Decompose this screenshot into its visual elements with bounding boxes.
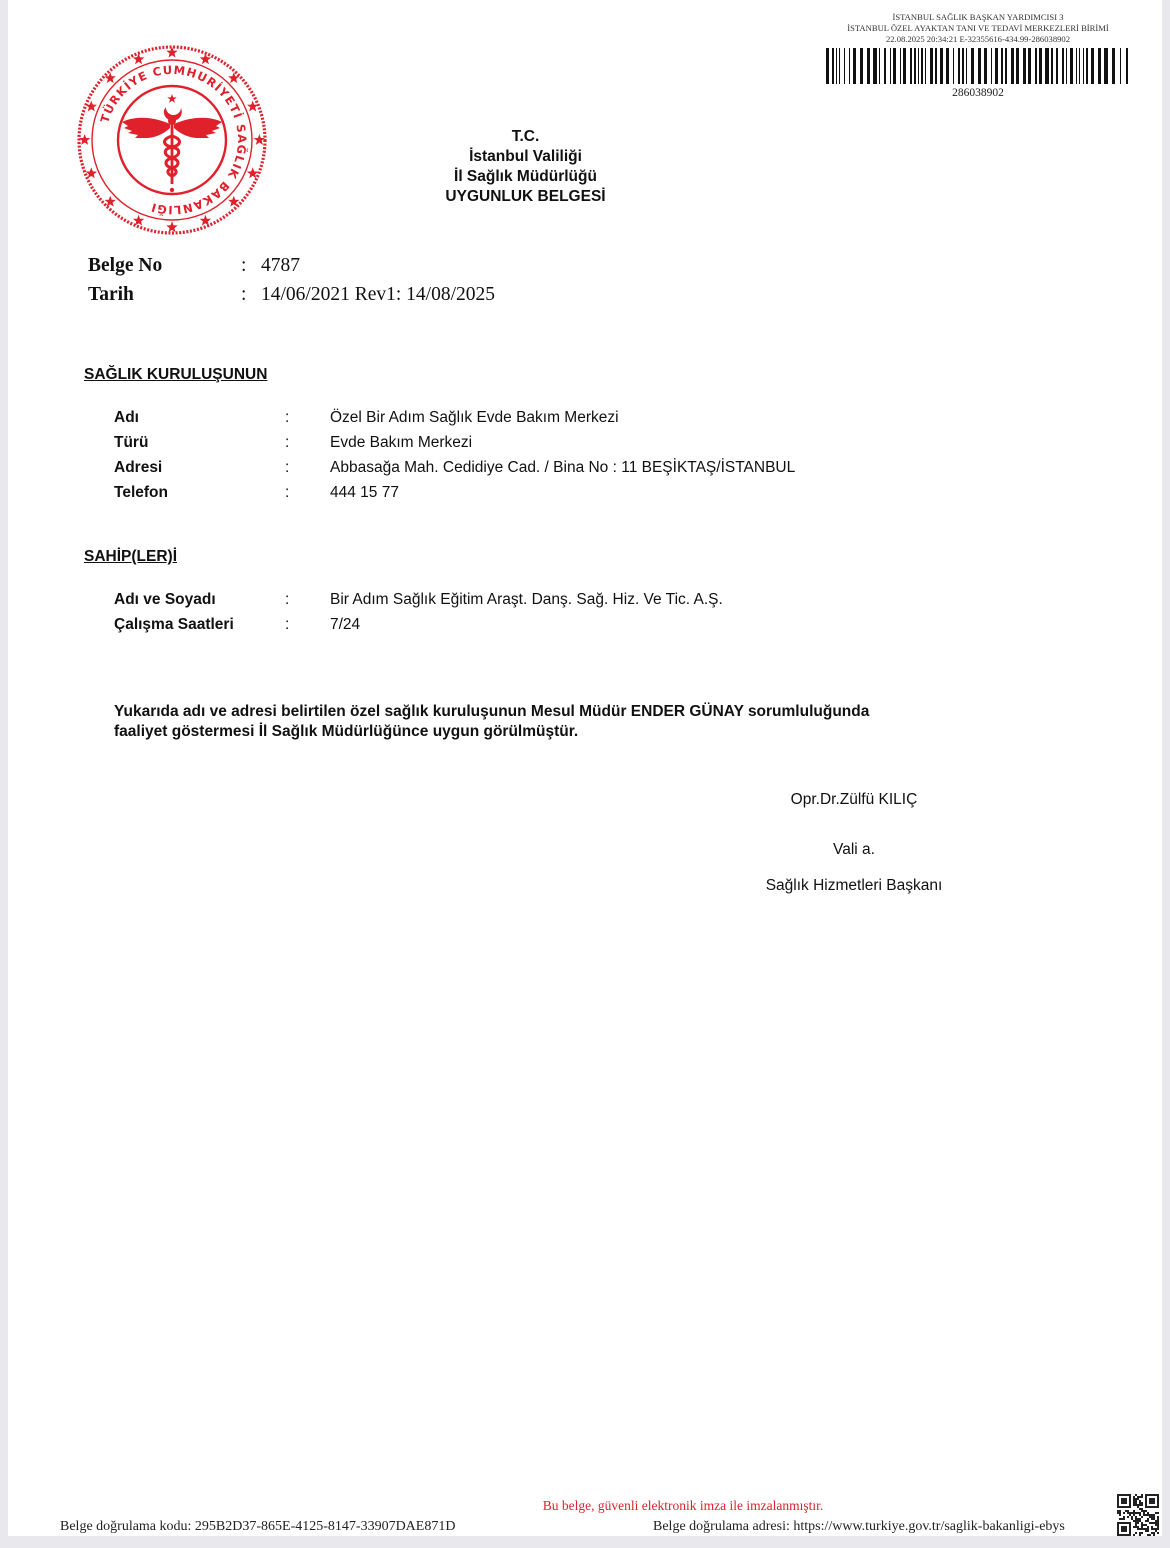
institution-details: Adı:Özel Bir Adım Sağlık Evde Bakım Merk…	[114, 409, 1014, 509]
verification-code-value: 295B2D37-865E-4125-8147-33907DAE871D	[195, 1519, 456, 1534]
institution-field-label: Telefon	[114, 484, 168, 502]
signatory-on-behalf: Vali a.	[724, 841, 984, 859]
verification-address: Belge doğrulama adresi: https://www.turk…	[653, 1519, 1065, 1535]
tarih-label: Tarih	[88, 284, 134, 306]
owner-field-label: Adı ve Soyadı	[114, 591, 216, 609]
institution-field-label: Adı	[114, 409, 139, 427]
verification-address-label: Belge doğrulama adresi:	[653, 1519, 790, 1534]
institution-field-row: Adresi:Abbasağa Mah. Cedidiye Cad. / Bin…	[114, 459, 1014, 484]
separator: :	[241, 255, 246, 277]
header-directorate: İl Sağlık Müdürlüğü	[348, 167, 703, 187]
owner-field-row: Çalışma Saatleri:7/24	[114, 616, 1014, 641]
institution-field-value: Evde Bakım Merkezi	[330, 434, 472, 452]
verification-code: Belge doğrulama kodu: 295B2D37-865E-4125…	[60, 1519, 455, 1535]
e-signature-notice: Bu belge, güvenli elektronik imza ile im…	[308, 1498, 1058, 1514]
separator: :	[285, 616, 289, 634]
belge-no-value: 4787	[261, 255, 300, 277]
barcode-header-line-2: İSTANBUL ÖZEL AYAKTAN TANI VE TEDAVİ MER…	[818, 23, 1138, 33]
institution-field-label: Adresi	[114, 459, 162, 477]
signatory-name: Opr.Dr.Zülfü KILIÇ	[724, 791, 984, 809]
separator: :	[285, 434, 289, 452]
institution-field-label: Türü	[114, 434, 148, 452]
separator: :	[285, 591, 289, 609]
institution-section-title: SAĞLIK KURULUŞUNUN	[84, 366, 267, 384]
institution-field-row: Telefon:444 15 77	[114, 484, 1014, 509]
statement-line-1: Yukarıda adı ve adresi belirtilen özel s…	[114, 702, 1014, 722]
owners-section-title: SAHİP(LER)İ	[84, 548, 177, 566]
owner-field-value: Bir Adım Sağlık Eğitim Araşt. Danş. Sağ.…	[330, 591, 723, 609]
institution-field-value: Özel Bir Adım Sağlık Evde Bakım Merkezi	[330, 409, 619, 427]
institution-field-row: Adı:Özel Bir Adım Sağlık Evde Bakım Merk…	[114, 409, 1014, 434]
barcode-number: 286038902	[818, 87, 1138, 99]
owner-field-value: 7/24	[330, 616, 360, 634]
barcode-header-line-1: İSTANBUL SAĞLIK BAŞKAN YARDIMCISI 3	[818, 12, 1138, 22]
tarih-row: Tarih : 14/06/2021 Rev1: 14/08/2025	[88, 284, 688, 308]
institution-field-value: 444 15 77	[330, 484, 399, 502]
document-header: T.C. İstanbul Valiliği İl Sağlık Müdürlü…	[348, 127, 703, 207]
approval-statement: Yukarıda adı ve adresi belirtilen özel s…	[114, 702, 1014, 742]
belge-no-row: Belge No : 4787	[88, 255, 688, 279]
document-page: İSTANBUL SAĞLIK BAŞKAN YARDIMCISI 3 İSTA…	[8, 0, 1162, 1536]
institution-field-row: Türü:Evde Bakım Merkezi	[114, 434, 1014, 459]
barcode-icon	[826, 48, 1128, 84]
tarih-value: 14/06/2021 Rev1: 14/08/2025	[261, 284, 495, 306]
statement-line-2: faaliyet göstermesi İl Sağlık Müdürlüğün…	[114, 722, 1014, 742]
verification-code-label: Belge doğrulama kodu:	[60, 1519, 191, 1534]
ministry-of-health-seal-icon: TÜRKİYE CUMHURİYETİ SAĞLIK BAKANLIĞI	[72, 42, 272, 238]
belge-no-label: Belge No	[88, 255, 162, 277]
barcode-header-line-3: 22.08.2025 20:34:21 E-32355616-434.99-28…	[818, 34, 1138, 44]
separator: :	[285, 459, 289, 477]
owner-field-row: Adı ve Soyadı:Bir Adım Sağlık Eğitim Ara…	[114, 591, 1014, 616]
verification-address-link[interactable]: https://www.turkiye.gov.tr/saglik-bakanl…	[793, 1519, 1065, 1534]
institution-field-value: Abbasağa Mah. Cedidiye Cad. / Bina No : …	[330, 459, 795, 477]
separator: :	[241, 284, 246, 306]
header-governorship: İstanbul Valiliği	[348, 147, 703, 167]
separator: :	[285, 409, 289, 427]
header-tc: T.C.	[348, 127, 703, 147]
document-title: UYGUNLUK BELGESİ	[348, 187, 703, 207]
signatory-title: Sağlık Hizmetleri Başkanı	[724, 877, 984, 895]
separator: :	[285, 484, 289, 502]
owner-field-label: Çalışma Saatleri	[114, 616, 234, 634]
owner-details: Adı ve Soyadı:Bir Adım Sağlık Eğitim Ara…	[114, 591, 1014, 641]
qr-code-icon	[1116, 1494, 1160, 1536]
